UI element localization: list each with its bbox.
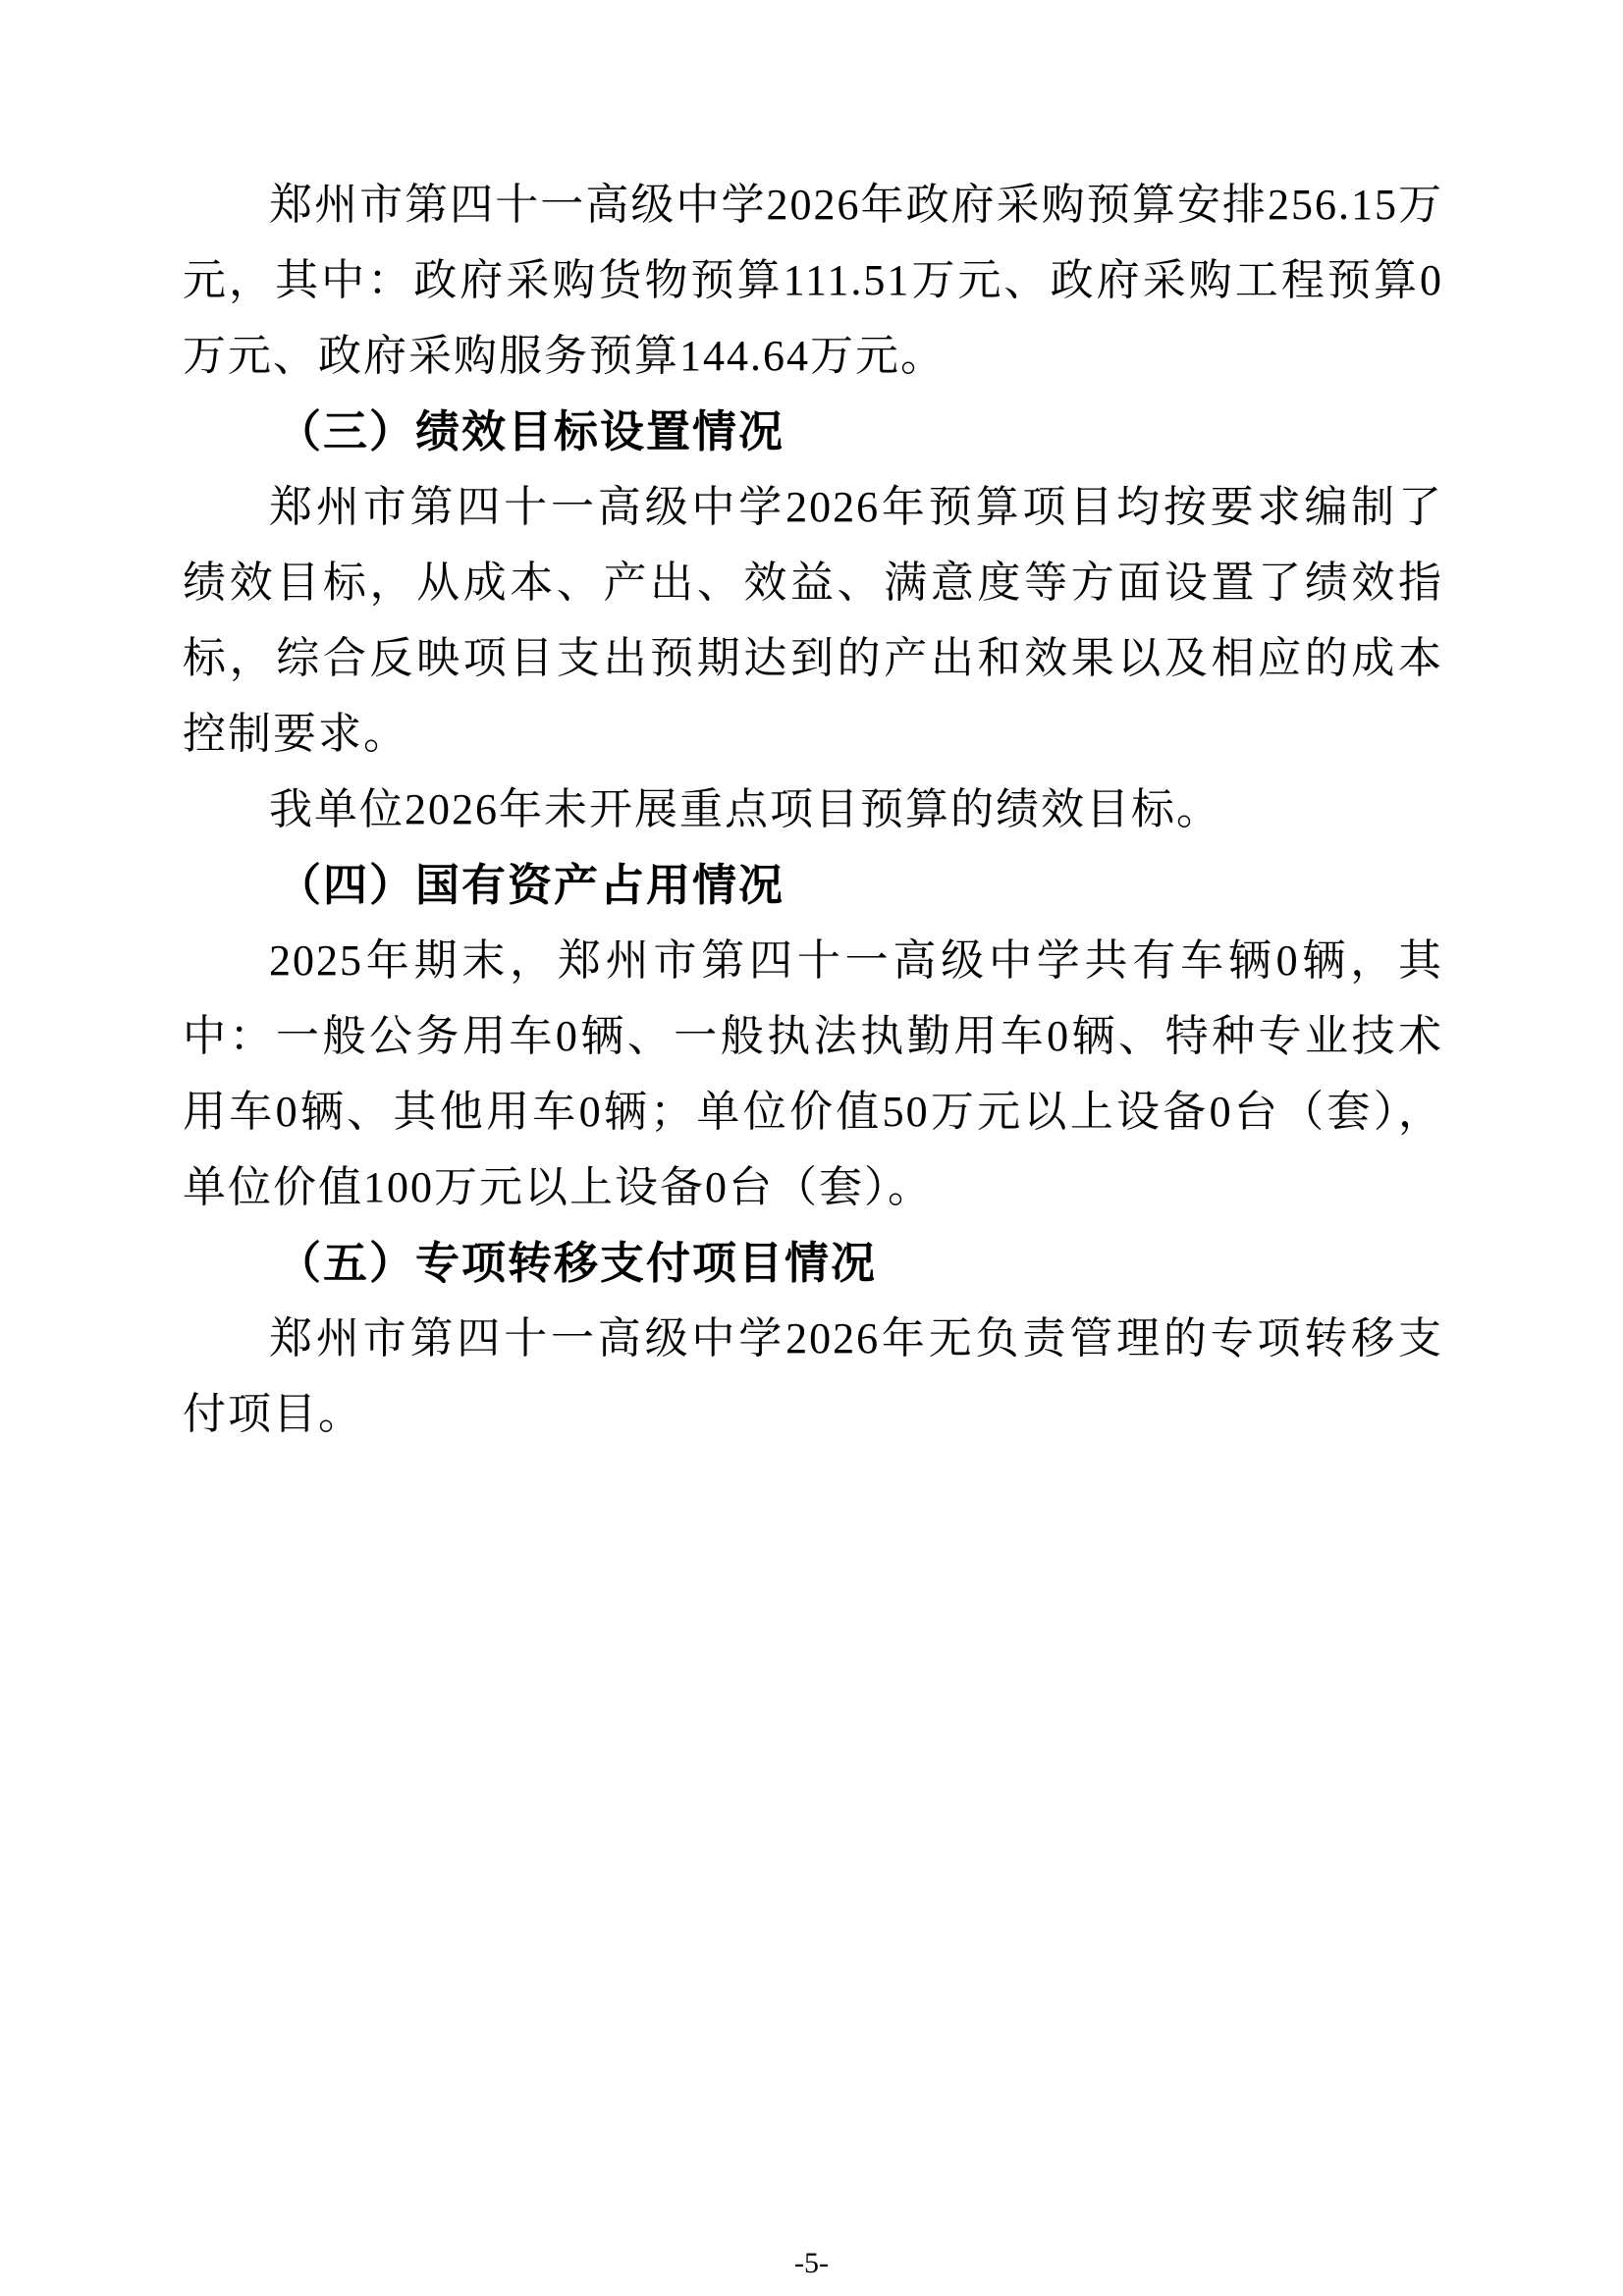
page-number: -5- [0,2247,1623,2280]
paragraph-no-key-project-targets: 我单位2026年未开展重点项目预算的绩效目标。 [183,772,1443,847]
document-page: 郑州市第四十一高级中学2026年政府采购预算安排256.15万元，其中：政府采购… [0,0,1623,2296]
heading-section-4-state-assets: （四）国有资产占用情况 [183,847,1443,923]
paragraph-government-procurement-budget: 郑州市第四十一高级中学2026年政府采购预算安排256.15万元，其中：政府采购… [183,167,1443,394]
paragraph-performance-targets-detail: 郑州市第四十一高级中学2026年预算项目均按要求编制了绩效目标，从成本、产出、效… [183,469,1443,772]
document-body: 郑州市第四十一高级中学2026年政府采购预算安排256.15万元，其中：政府采购… [183,167,1443,1452]
paragraph-special-transfer-payments-detail: 郑州市第四十一高级中学2026年无负责管理的专项转移支付项目。 [183,1301,1443,1452]
paragraph-state-assets-detail: 2025年期末，郑州市第四十一高级中学共有车辆0辆，其中：一般公务用车0辆、一般… [183,923,1443,1225]
heading-section-3-performance-targets: （三）绩效目标设置情况 [183,394,1443,469]
heading-section-5-special-transfer-payments: （五）专项转移支付项目情况 [183,1225,1443,1301]
